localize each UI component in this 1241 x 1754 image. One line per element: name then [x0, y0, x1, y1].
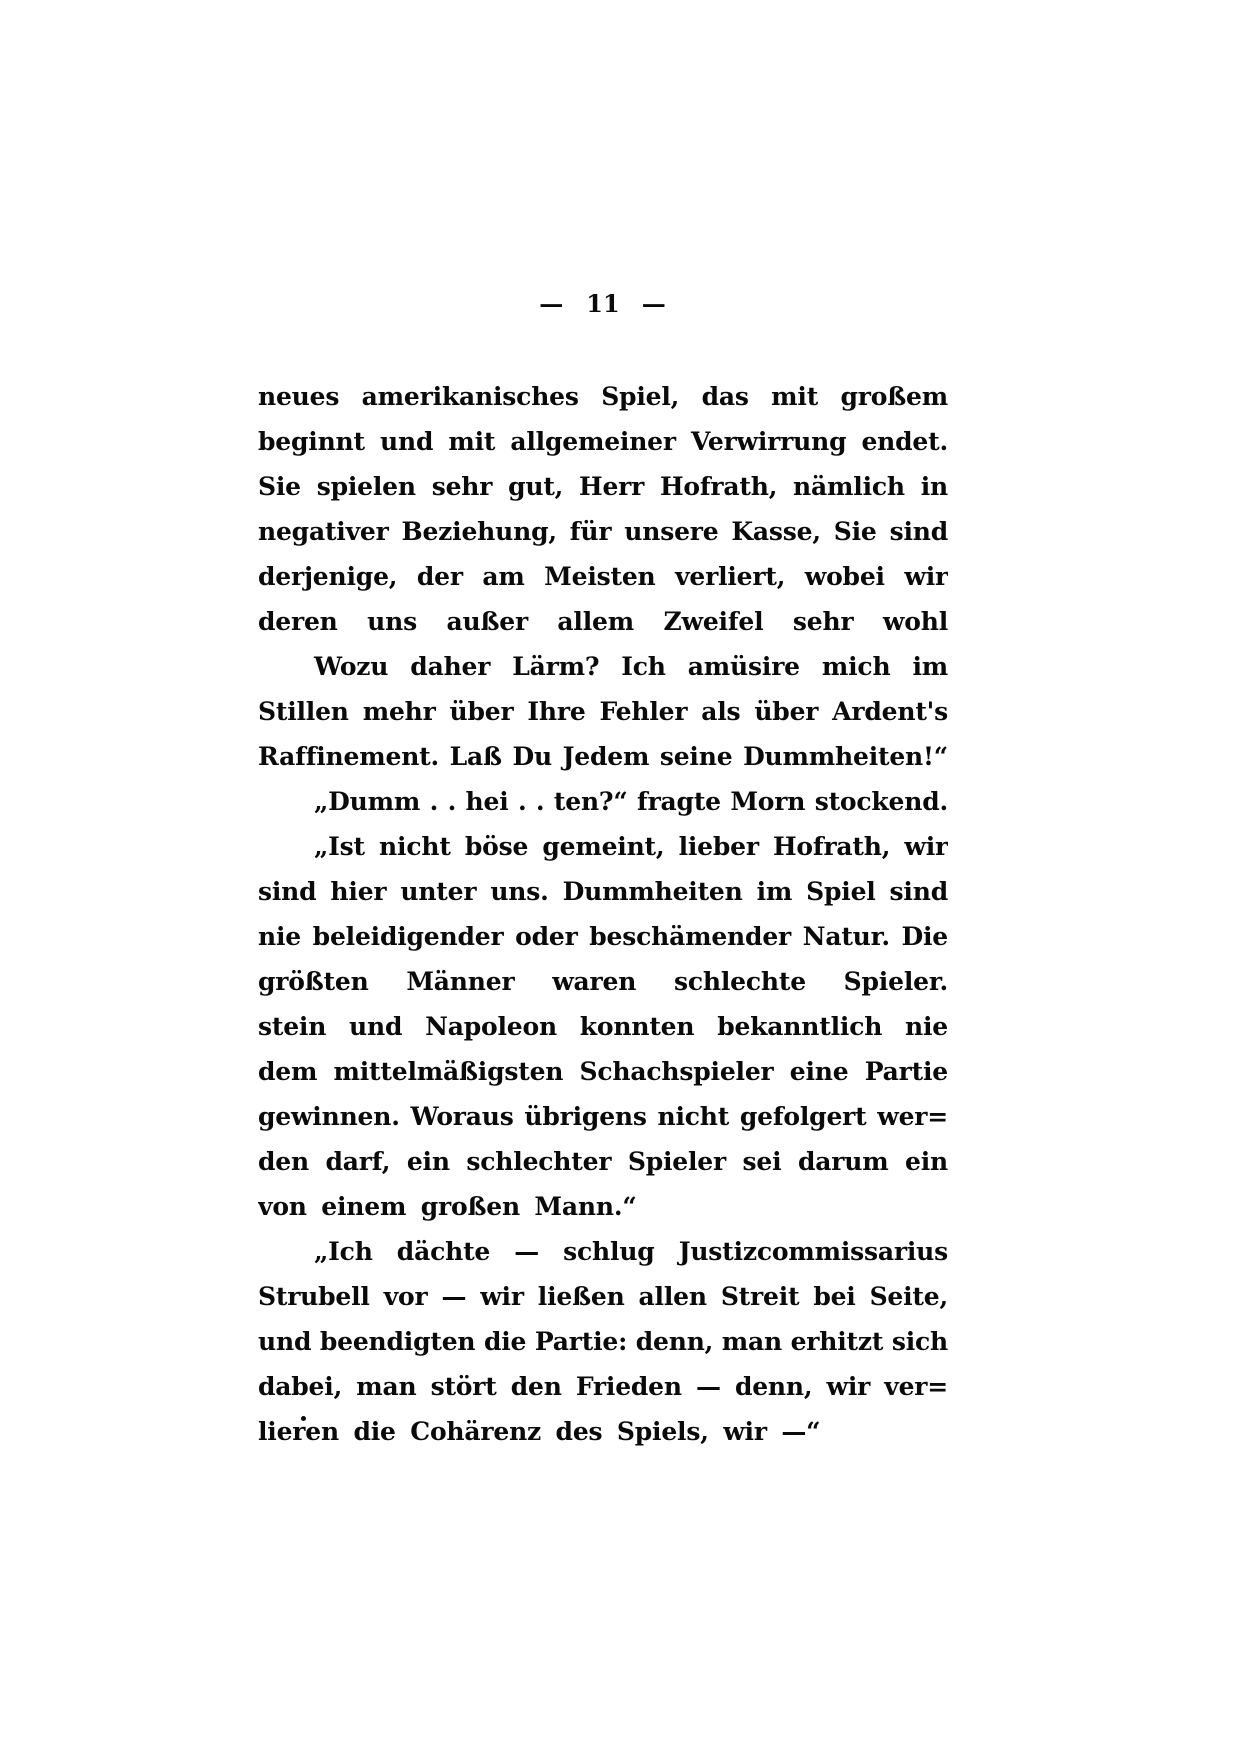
text-line: beginnt und mit allgemeiner Verwirrung e…: [258, 419, 948, 464]
page-number-dash-right: —: [620, 289, 689, 318]
text-line: „Ich dächte — schlug Justizcommissarius: [258, 1229, 948, 1274]
page-text: neues amerikanisches Spiel, das mit groß…: [258, 374, 948, 1454]
text-line: von einem großen Mann.“: [258, 1184, 948, 1229]
text-line: stein und Napoleon konnten bekanntlich n…: [258, 1004, 948, 1049]
text-line: Raffinement. Laß Du Jedem seine Dummheit…: [258, 734, 948, 779]
text-line: negativer Beziehung, für unsere Kasse, S…: [258, 509, 948, 554]
text-line: deren uns außer allem Zweifel sehr wohl …: [258, 599, 948, 644]
text-line: derjenige, der am Meisten verliert, wobe…: [258, 554, 948, 599]
book-page: —11— neues amerikanisches Spiel, das mit…: [0, 0, 1241, 1754]
text-line: Wozu daher Lärm? Ich amüsire mich im: [258, 644, 948, 689]
text-line: nie beleidigender oder beschämender Natu…: [258, 914, 948, 959]
text-line: den darf, ein schlechter Spieler sei dar…: [258, 1139, 948, 1184]
text-line: „Ist nicht böse gemeint, lieber Hofrath,…: [258, 824, 948, 869]
page-number-dash-left: —: [517, 289, 586, 318]
text-line: Strubell vor — wir ließen allen Streit b…: [258, 1274, 948, 1319]
text-line: gewinnen. Woraus übrigens nicht gefolger…: [258, 1094, 948, 1139]
text-line: lieren die Cohärenz des Spiels, wir —“: [258, 1409, 948, 1454]
text-line: und beendigten die Partie: denn, man erh…: [258, 1319, 948, 1364]
text-line: „Dumm . . hei . . ten?“ fragte Morn stoc…: [258, 779, 948, 824]
text-line: größten Männer waren schlechte Spieler. …: [258, 959, 948, 1004]
text-line: neues amerikanisches Spiel, das mit groß…: [258, 374, 948, 419]
text-line: dem mittelmäßigsten Schachspieler eine P…: [258, 1049, 948, 1094]
text-line: Stillen mehr über Ihre Fehler als über A…: [258, 689, 948, 734]
page-number: —11—: [258, 289, 948, 318]
page-number-value: 11: [586, 289, 619, 318]
text-line: Sie spielen sehr gut, Herr Hofrath, näml…: [258, 464, 948, 509]
text-line: sind hier unter uns. Dummheiten im Spiel…: [258, 869, 948, 914]
print-speck: [301, 1416, 306, 1421]
text-line: dabei, man stört den Frieden — denn, wir…: [258, 1364, 948, 1409]
